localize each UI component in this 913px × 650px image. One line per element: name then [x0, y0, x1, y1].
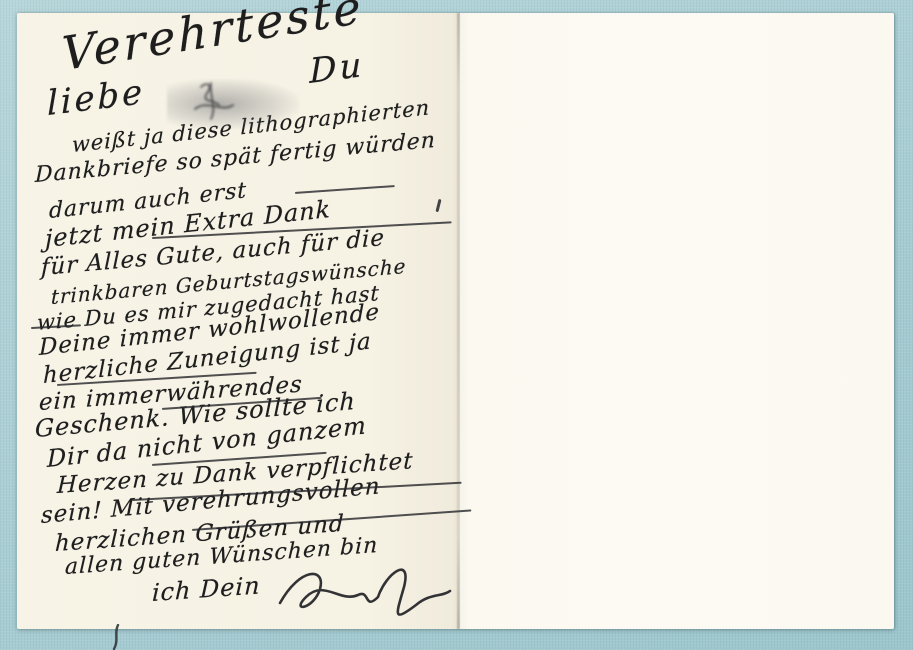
- letter-sheet: Verehrtesteliebe Duweißt ja diese lithog…: [17, 13, 894, 629]
- stray-ink-mark: [109, 624, 123, 650]
- ink-smudge: [167, 79, 299, 129]
- signature-flourish: [272, 551, 457, 626]
- ink-scribble-icon: [167, 79, 299, 129]
- letter-page-right: [458, 13, 894, 629]
- fold-highlight: [460, 13, 468, 629]
- scanned-letter-photo: { "letter": { "language": "de", "lines":…: [0, 0, 913, 650]
- handwritten-line: ich Dein: [152, 573, 261, 605]
